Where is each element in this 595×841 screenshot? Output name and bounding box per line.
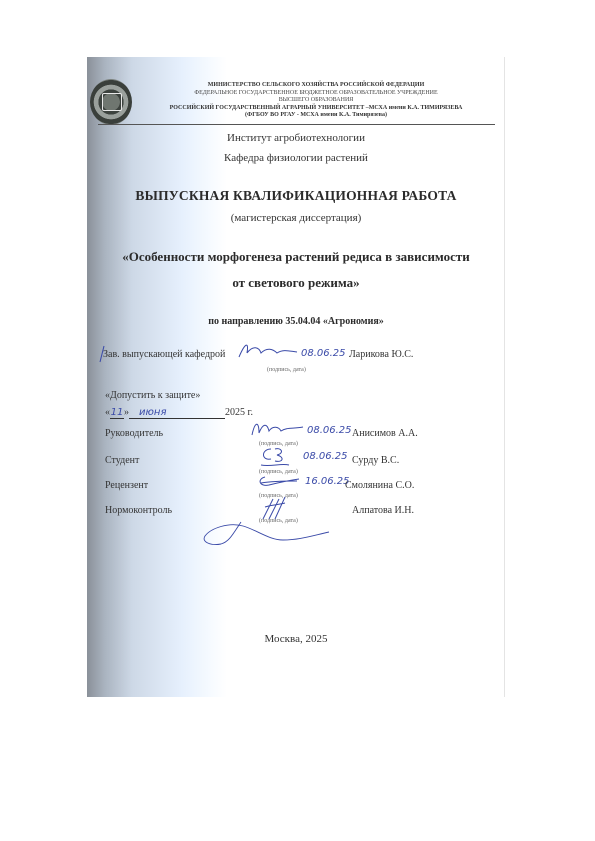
- student-signature-icon: [257, 445, 291, 469]
- head-of-department-caption: (подпись, дата): [267, 367, 306, 373]
- ministry-line: МИНИСТЕРСТВО СЕЛЬСКОГО ХОЗЯЙСТВА РОССИЙС…: [137, 82, 495, 90]
- university-line: РОССИЙСКИЙ ГОСУДАРСТВЕННЫЙ АГРАРНЫЙ УНИВ…: [137, 105, 495, 113]
- institution-type-line-2: ВЫСШЕГО ОБРАЗОВАНИЯ: [137, 97, 495, 105]
- head-of-department-label: Зав. выпускающей кафедрой: [103, 349, 225, 360]
- city-year: Москва, 2025: [87, 633, 505, 645]
- work-subtype: (магистерская диссертация): [87, 212, 505, 224]
- study-direction: по направлению 35.04.04 «Агрономия»: [87, 316, 505, 327]
- institute-name: Институт агробиотехнологии: [87, 132, 505, 144]
- signatory-role: Рецензент: [105, 480, 148, 491]
- head-of-department-signature-icon: [235, 339, 305, 363]
- reviewer-signature-icon: [255, 471, 303, 491]
- admission-month: июня: [129, 407, 225, 419]
- work-type-title: ВЫПУСКНАЯ КВАЛИФИКАЦИОННАЯ РАБОТА: [87, 188, 505, 204]
- admission-day: 11: [110, 407, 124, 419]
- department-name: Кафедра физиологии растений: [87, 152, 505, 164]
- thesis-theme-line-1: «Особенности морфогенеза растений редиса…: [87, 249, 505, 265]
- signatory-name: Алпатова И.Н.: [352, 505, 414, 516]
- signatory-role: Студент: [105, 455, 139, 466]
- signatory-name: Анисимов А.А.: [352, 428, 418, 439]
- signatory-role: Руководитель: [105, 428, 163, 439]
- signatory-name: Сурду В.С.: [352, 455, 399, 466]
- pen-mark-icon: [99, 345, 105, 363]
- signatory-name: Смолянина С.О.: [345, 480, 414, 491]
- supervisor-signature-icon: [249, 419, 307, 441]
- signatory-role: Нормоконтроль: [105, 505, 172, 516]
- signatory-date: 08.06.25: [303, 451, 348, 462]
- signatory-date: 08.06.25: [307, 425, 352, 436]
- ministry-header: МИНИСТЕРСТВО СЕЛЬСКОГО ХОЗЯЙСТВА РОССИЙС…: [137, 82, 495, 120]
- head-of-department-date: 08.06.25: [301, 348, 346, 359]
- admission-year: 2025 г.: [225, 407, 253, 418]
- admission-label: «Допустить к защите»: [105, 390, 200, 401]
- university-emblem-icon: [90, 79, 132, 125]
- university-short-line: (ФГБОУ ВО РГАУ - МСХА имени К.А. Тимиряз…: [137, 112, 495, 120]
- institution-type-line-1: ФЕДЕРАЛЬНОЕ ГОСУДАРСТВЕННОЕ БЮДЖЕТНОЕ ОБ…: [137, 90, 495, 98]
- signature-flourish-icon: [199, 520, 339, 552]
- scanned-title-page: МИНИСТЕРСТВО СЕЛЬСКОГО ХОЗЯЙСТВА РОССИЙС…: [87, 57, 505, 697]
- signatory-date: 16.06.25: [305, 476, 350, 487]
- head-of-department-name: Ларикова Ю.С.: [349, 349, 413, 360]
- admission-date-line: «11»июня2025 г.: [105, 407, 253, 419]
- header-divider: [98, 124, 495, 125]
- thesis-theme-line-2: от светового режима»: [87, 275, 505, 291]
